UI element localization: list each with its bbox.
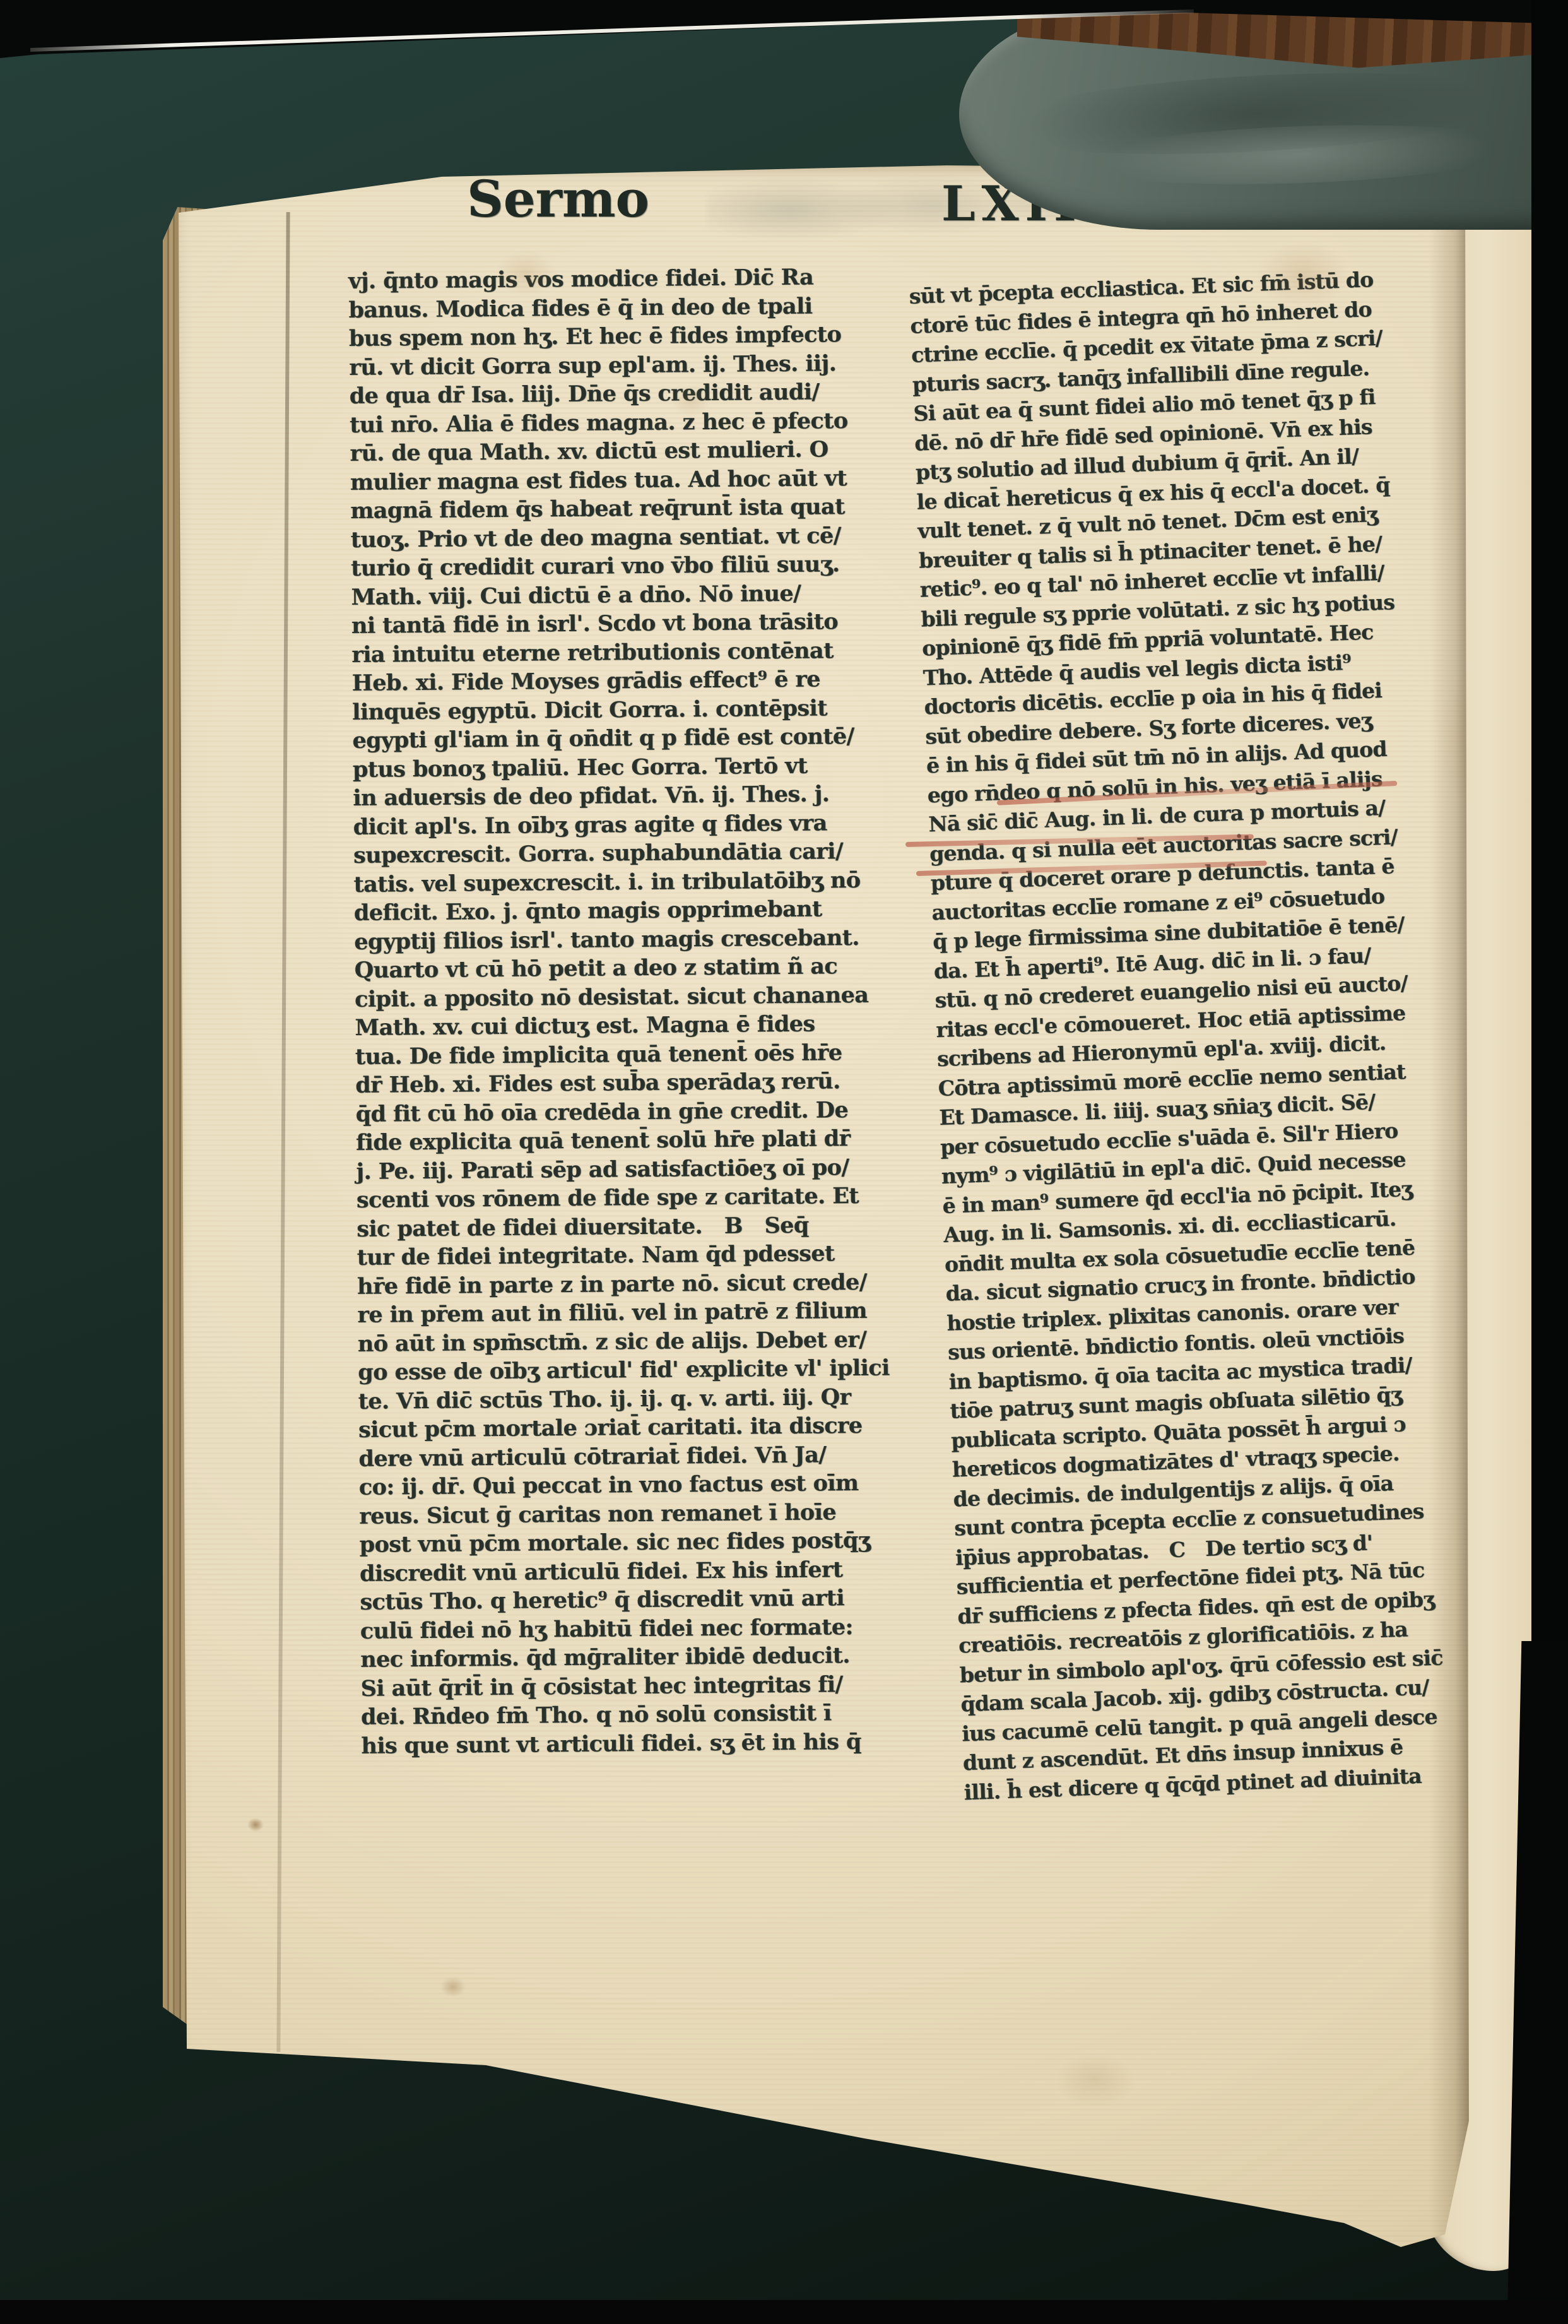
text-line: magnā fidem q̄s habeat req̄runt̄ ista qu…: [350, 492, 900, 525]
foxing-stain: [1256, 240, 1350, 309]
text-line: culū fidei nō hʒ habitū fidei nec format…: [360, 1612, 911, 1645]
text-line: scenti vos rōnem de fide spe z caritate.…: [357, 1181, 907, 1214]
text-line: q̄d fit cū hō oīa credēda in gn̄e credit…: [356, 1095, 906, 1129]
text-line: dr̄ Heb. xi. Fides est sub̄a sperādaʒ re…: [355, 1066, 905, 1100]
text-line: discredit vnū articulū fidei. Ex his inf…: [360, 1555, 910, 1588]
text-column-right: sūt vt p̄cepta eccliastica. Et sic fm̄ i…: [909, 264, 1469, 1808]
text-line: ni tantā fidē in isrl'. Scdo vt bona trā…: [351, 607, 902, 640]
text-line: dei. Rn̄deo fm̄ Tho. q nō solū consistit…: [361, 1698, 911, 1731]
foxing-stain: [247, 1818, 264, 1832]
text-line: rū. de qua Math. xv. dictū est mulieri. …: [350, 434, 900, 468]
text-line: j. Pe. iij. Parati sēp ad satisfactiōeʒ …: [356, 1153, 906, 1186]
text-line: Heb. xi. Fide Moyses grādis effect⁹ ē re: [352, 664, 902, 697]
book-photo-scene: Sermo LXII vj. q̄nto magis vos modice fi…: [0, 0, 1568, 2324]
foxing-stain: [440, 1977, 466, 1997]
running-title: Sermo: [467, 169, 820, 232]
text-line: te. Vn̄ dic̄ sctūs Tho. ij. ij. q. v. ar…: [358, 1382, 908, 1416]
text-line: nec informis. q̄d mḡraliter ibidē deduci…: [360, 1640, 911, 1674]
text-line: in aduersis de deo pfidat. Vn̄. ij. Thes…: [353, 779, 903, 812]
text-line: Quarto vt cū hō petit a deo z statim ñ a…: [355, 951, 905, 985]
text-line: Math. xv. cui dictuʒ est. Magna ē fides: [355, 1009, 905, 1042]
text-line: dicit apl's. In oībʒ gras agite q fides …: [353, 808, 904, 841]
text-line: mulier magna est fides tua. Ad hoc aūt v…: [350, 463, 900, 497]
text-line: reus. Sicut ḡ caritas non remanet ī hoīe: [359, 1497, 909, 1531]
text-line: ria intuitu eterne retributionis contēna…: [351, 636, 902, 669]
text-column-left: vj. q̄nto magis vos modice fidei. Dic̄ R…: [348, 262, 912, 1760]
text-line: fide explicita quā tenent̄ solū hr̄e pla…: [356, 1123, 906, 1157]
text-line: linquēs egyptū. Dicit Gorra. i. contēpsi…: [352, 693, 902, 726]
text-line: tatis. vel supexcrescit. i. in tribulatō…: [353, 865, 904, 899]
text-line: tur de fidei integritate. Nam q̄d pdesse…: [357, 1238, 907, 1272]
text-line: cipit. a pposito nō desistat. sicut chan…: [355, 980, 905, 1014]
text-line: ptus bonoʒ tpaliū. Hec Gorra. Tertō vt: [353, 750, 903, 784]
text-line: bus spem non hʒ. Et hec ē fides impfecto: [349, 319, 899, 353]
text-line: Si aūt q̄rit̄ in q̄ cōsistat hec integri…: [360, 1669, 911, 1703]
text-line: tua. De fide implicita quā tenent̄ oēs h…: [355, 1038, 905, 1071]
book-page: Sermo LXII vj. q̄nto magis vos modice fi…: [170, 164, 1477, 2297]
text-line: hr̄e fidē in parte z in parte nō. sicut …: [357, 1267, 907, 1301]
text-line: sctūs Tho. q heretic⁹ q̄ discredit vnū a…: [360, 1583, 910, 1616]
text-line: deficit. Exo. j. q̄nto magis opprimebant: [354, 894, 904, 927]
text-line: sicut pc̄m mortale ɔriat̄ caritati. ita …: [358, 1411, 909, 1444]
text-line: re in pr̄em aut in filiū. vel in patrē z…: [357, 1296, 907, 1329]
text-line: go esse de oībʒ articul' fid' explicite …: [358, 1353, 908, 1387]
text-line: egypti gl'iam in q̄ on̄dit q p fidē est …: [352, 721, 902, 755]
text-line: de qua dr̄ Isa. liij. Dn̄e q̄s credidit …: [350, 377, 900, 410]
text-line: vj. q̄nto magis vos modice fidei. Dic̄ R…: [348, 262, 899, 295]
text-line: turio q̄ credidit curari vno v̄bo filiū …: [351, 549, 901, 583]
text-line: banus. Modica fides ē q̄ in deo de tpali: [348, 291, 899, 324]
text-line: supexcrescit. Gorra. suphabundātia cari/: [353, 836, 904, 870]
text-line: post vnū pc̄m mortale. sic nec fides pos…: [359, 1526, 909, 1559]
text-line: his que sunt vt articuli fidei. sʒ ēt in…: [361, 1727, 911, 1760]
text-line: tui nr̄o. Alia ē fides magna. z hec ē pf…: [350, 406, 900, 439]
text-line: co: ij. dr̄. Qui peccat in vno factus es…: [359, 1468, 909, 1502]
text-line: rū. vt dicit Gorra sup epl'am. ij. Thes.…: [349, 348, 899, 382]
text-line: nō aūt in spm̄sctm̄. z sic de alijs. Deb…: [358, 1325, 908, 1358]
text-line: Math. viij. Cui dictū ē a dn̄o. Nō inue/: [351, 578, 901, 612]
text-line: sic patet de fidei diuersitate. B Seq̄: [357, 1210, 907, 1243]
foxing-stain: [495, 249, 556, 297]
photo-bottom-border: [0, 2300, 1568, 2324]
foxing-stain: [1054, 2051, 1136, 2108]
foxing-stain: [672, 385, 710, 417]
text-line: egyptij filios isrl'. tanto magis cresce…: [354, 923, 904, 956]
text-line: tuoʒ. Prio vt de deo magna sentiat. vt c…: [351, 521, 901, 554]
text-line: dere vnū articulū cōtrariat̄ fidei. Vn̄ …: [358, 1440, 909, 1473]
